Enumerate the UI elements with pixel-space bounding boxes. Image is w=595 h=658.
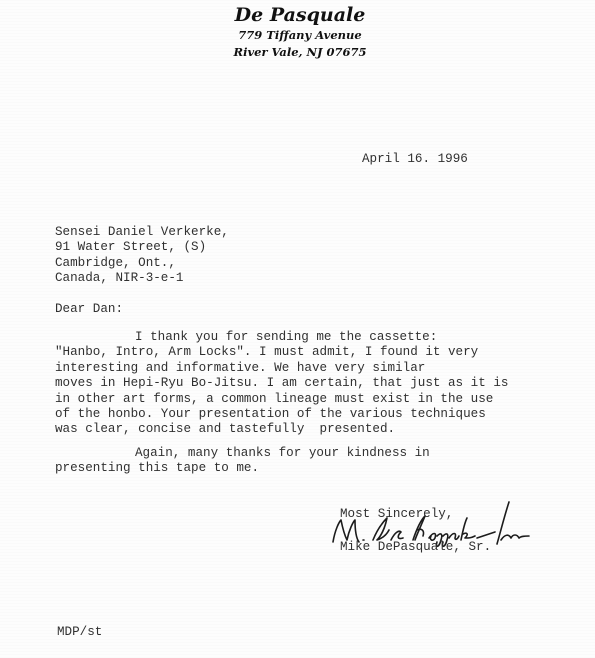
body-line: Again, many thanks for your kindness in <box>55 446 430 461</box>
body-paragraph-1: I thank you for sending me the cassette:… <box>55 330 508 438</box>
body-line: interesting and informative. We have ver… <box>55 361 508 376</box>
body-line: "Hanbo, Intro, Arm Locks". I must admit,… <box>55 345 508 360</box>
letterhead-city: River Vale, NJ 07675 <box>200 44 400 61</box>
letter-page: De Pasquale 779 Tiffany Avenue River Val… <box>0 0 595 658</box>
recipient-line: Cambridge, Ont., <box>55 256 229 271</box>
body-paragraph-2: Again, many thanks for your kindness inp… <box>55 446 430 477</box>
recipient-line: Canada, NIR-3-e-1 <box>55 271 229 286</box>
recipient-address: Sensei Daniel Verkerke,91 Water Street, … <box>55 225 229 287</box>
typist-initials: MDP/st <box>57 625 102 640</box>
body-line: in other art forms, a common lineage mus… <box>55 392 508 407</box>
body-line: I thank you for sending me the cassette: <box>55 330 508 345</box>
signer-name: Mike DePasquale, Sr. <box>340 540 491 555</box>
letterhead-street: 779 Tiffany Avenue <box>200 27 400 44</box>
salutation: Dear Dan: <box>55 302 123 317</box>
letterhead-name: De Pasquale <box>200 3 400 27</box>
recipient-line: 91 Water Street, (S) <box>55 240 229 255</box>
body-line: of the honbo. Your presentation of the v… <box>55 407 508 422</box>
letterhead: De Pasquale 779 Tiffany Avenue River Val… <box>200 3 400 61</box>
body-line: moves in Hepi-Ryu Bo-Jitsu. I am certain… <box>55 376 508 391</box>
letter-date: April 16. 1996 <box>362 152 468 167</box>
body-line: was clear, concise and tastefully presen… <box>55 422 508 437</box>
body-line: presenting this tape to me. <box>55 461 430 476</box>
recipient-line: Sensei Daniel Verkerke, <box>55 225 229 240</box>
